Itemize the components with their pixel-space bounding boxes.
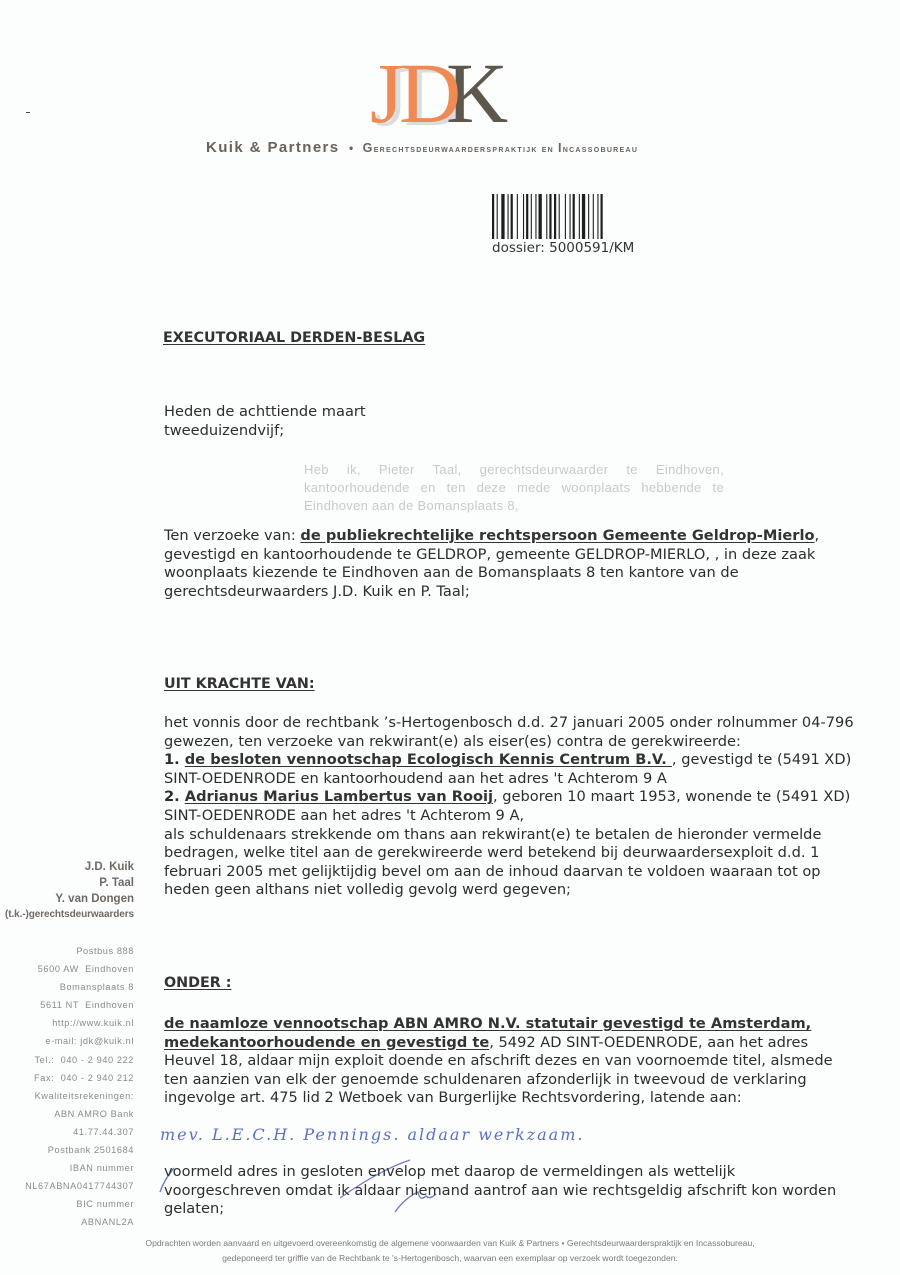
bailiff-names: J.D. Kuik P. Taal Y. van Dongen (t.k.-)g… (0, 859, 134, 923)
contact-line: ABN AMRO Bank (0, 1105, 134, 1123)
contact-line: Postbus 888 (0, 942, 134, 960)
contact-line: Kwaliteitsrekeningen: (0, 1087, 134, 1105)
contact-line: BIC nummer (0, 1195, 134, 1213)
section-heading-onder: ONDER : (164, 974, 231, 993)
debtor-1-name: de besloten vennootschap Ecologisch Kenn… (185, 751, 672, 768)
jdk-logo: J D K J D (366, 50, 506, 134)
document-title: EXECUTORIAAL DERDEN-BESLAG (163, 329, 425, 348)
dossier-number: dossier: 5000591/KM (492, 240, 634, 256)
separator-dot: • (349, 141, 353, 155)
debtor-1: 1. de besloten vennootschap Ecologisch K… (164, 751, 854, 788)
requesting-party-paragraph: Ten verzoeke van: de publiekrechtelijke … (164, 527, 854, 601)
delivery-paragraph: voormeld adres in gesloten envelop met d… (164, 1163, 854, 1219)
contact-line: 41.77.44.307 (0, 1123, 134, 1141)
judgment-paragraph: het vonnis door de rechtbank ’s-Hertogen… (164, 714, 854, 900)
date-statement: Heden de achttiende maart tweeduizendvij… (164, 403, 464, 440)
contact-details: Postbus 8885600 AW EindhovenBomansplaats… (0, 942, 134, 1232)
contact-line: http://www.kuik.nl (0, 1014, 134, 1032)
contact-line: e-mail: jdk@kuik.nl (0, 1032, 134, 1050)
contact-line: IBAN nummer (0, 1159, 134, 1177)
logo-letter-d: D (399, 50, 461, 136)
letterhead-tagline: Kuik & Partners • Gerechtsdeurwaarderspr… (206, 139, 638, 157)
contact-line: Bomansplaats 8 (0, 978, 134, 996)
contact-line: Fax: 040 - 2 940 212 (0, 1069, 134, 1087)
scan-mark (26, 112, 30, 113)
firm-subtitle: Gerechtsdeurwaarderspraktijk en Incassob… (363, 143, 639, 154)
requesting-party-name: de publiekrechtelijke rechtspersoon Geme… (300, 527, 814, 544)
footer-terms: Opdrachten worden aanvaard en uitgevoerd… (100, 1236, 800, 1266)
debtor-2: 2. Adrianus Marius Lambertus van Rooij, … (164, 788, 854, 825)
debtor-2-name: Adrianus Marius Lambertus van Rooij (185, 788, 493, 805)
section-heading-krachte: UIT KRACHTE VAN: (164, 675, 315, 694)
faded-bailiff-paragraph: Heb ik, Pieter Taal, gerechtsdeurwaarder… (304, 461, 724, 515)
barcode (492, 194, 642, 239)
handwritten-note: mev. L.E.C.H. Pennings. aldaar werkzaam. (160, 1125, 584, 1144)
contact-line: Tel.: 040 - 2 940 222 (0, 1051, 134, 1069)
firm-name: Kuik & Partners (206, 139, 340, 156)
contact-line: 5600 AW Eindhoven (0, 960, 134, 978)
contact-line: 5611 NT Eindhoven (0, 996, 134, 1014)
contact-line: ABNANL2A (0, 1213, 134, 1231)
contact-line: Postbank 2501684 (0, 1141, 134, 1159)
garnishee-paragraph: de naamloze vennootschap ABN AMRO N.V. s… (164, 1015, 854, 1108)
contact-line: NL67ABNA0417744307 (0, 1177, 134, 1195)
